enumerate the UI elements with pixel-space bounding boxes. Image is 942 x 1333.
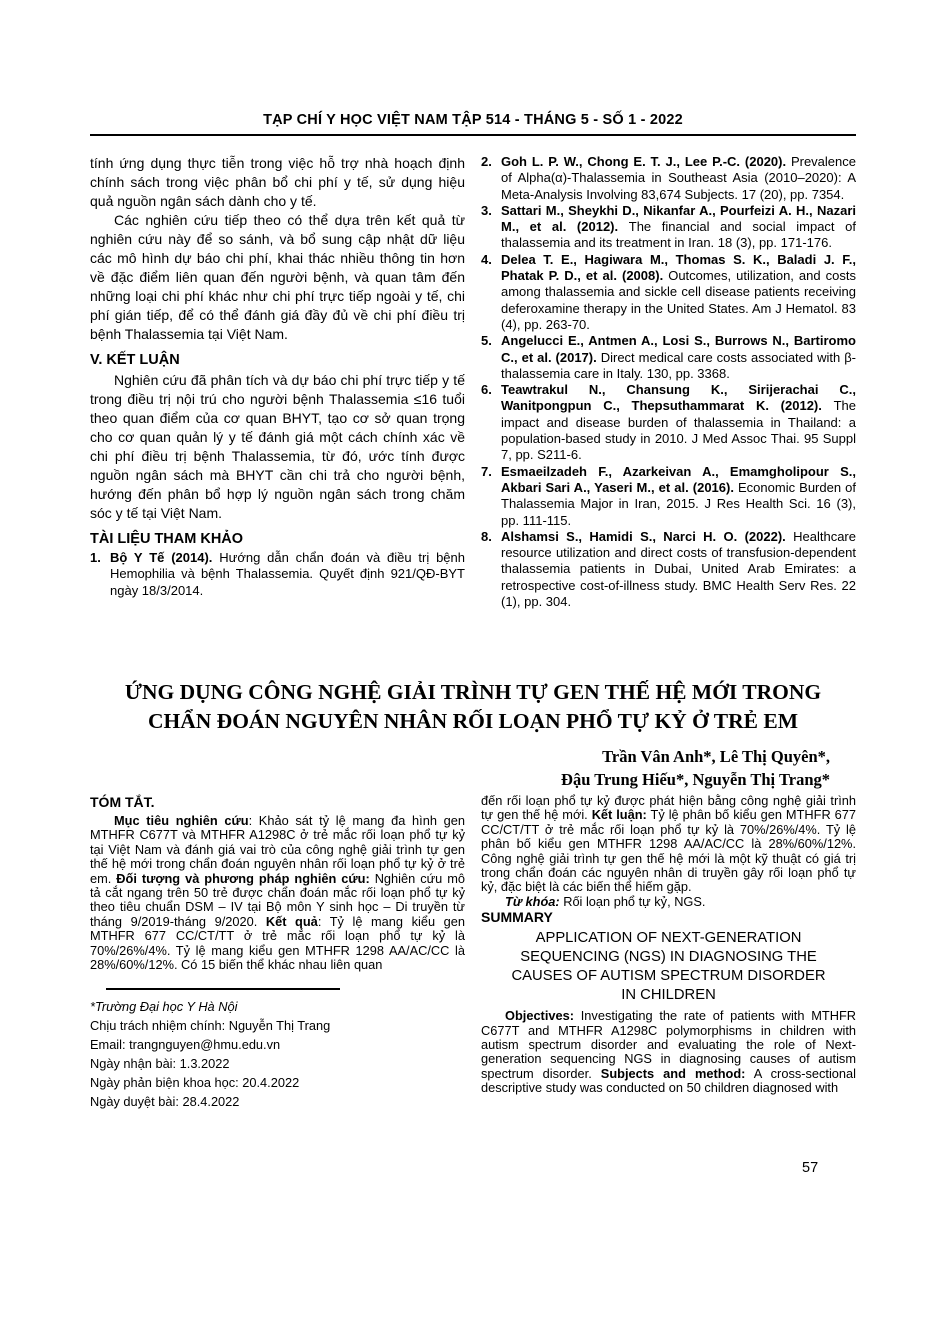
reference-number: 3. [481, 203, 492, 219]
footnote-line: Email: trangnguyen@hmu.edu.vn [90, 1035, 465, 1054]
summary-title-line: SEQUENCING (NGS) IN DIAGNOSING THE [481, 948, 856, 967]
footnote-line: Ngày nhận bài: 1.3.2022 [90, 1054, 465, 1073]
authors-line: Trần Vân Anh*, Lê Thị Quyên*, [90, 745, 830, 768]
article1-section: tính ứng dụng thực tiễn trong việc hỗ tr… [90, 154, 856, 682]
abstract-heading: TÓM TẮT. [90, 794, 465, 810]
reference-number: 7. [481, 464, 492, 480]
text-segment: Teawtrakul N., Chansung K., Sirijerachai… [501, 382, 856, 413]
text-segment: Goh L. P. W., Chong E. T. J., Lee P.-C. … [501, 154, 791, 169]
article1-right-column: 2.Goh L. P. W., Chong E. T. J., Lee P.-C… [481, 154, 856, 682]
article-title-line: CHẨN ĐOÁN NGUYÊN NHÂN RỐI LOẠN PHỔ TỰ KỶ… [90, 707, 856, 736]
reference-item: 2.Goh L. P. W., Chong E. T. J., Lee P.-C… [481, 154, 856, 203]
text-segment: Đối tượng và phương pháp nghiên cứu: [116, 871, 369, 886]
footnote-line: Ngày duyệt bài: 28.4.2022 [90, 1092, 465, 1111]
reference-list-right: 2.Goh L. P. W., Chong E. T. J., Lee P.-C… [481, 154, 856, 610]
abstract-vi-text-continued: đến rối loạn phổ tự kỷ được phát hiện bằ… [481, 794, 856, 895]
abstract-left-column: TÓM TẮT. Mục tiêu nghiên cứu: Khảo sát t… [90, 794, 465, 1156]
footnote-rule [106, 988, 340, 990]
article-title-line: ỨNG DỤNG CÔNG NGHỆ GIẢI TRÌNH TỰ GEN THẾ… [90, 678, 856, 707]
article1-paragraph: Các nghiên cứu tiếp theo có thể dựa trên… [90, 211, 465, 344]
footnote-line: Chịu trách nhiệm chính: Nguyễn Thị Trang [90, 1016, 465, 1035]
reference-item: 3.Sattari M., Sheykhi D., Nikanfar A., P… [481, 203, 856, 252]
summary-title-line: APPLICATION OF NEXT-GENERATION [481, 929, 856, 948]
summary-title-line: CAUSES OF AUTISM SPECTRUM DISORDER [481, 967, 856, 986]
reference-number: 8. [481, 529, 492, 545]
article2-abstract-section: TÓM TẮT. Mục tiêu nghiên cứu: Khảo sát t… [90, 794, 856, 1156]
summary-heading: SUMMARY [481, 909, 856, 925]
journal-running-head: TẠP CHÍ Y HỌC VIỆT NAM TẬP 514 - THÁNG 5… [90, 112, 856, 136]
affiliation: *Trường Đại học Y Hà Nội [90, 997, 465, 1016]
reference-item: 8.Alshamsi S., Hamidi S., Narci H. O. (2… [481, 529, 856, 610]
article-title: ỨNG DỤNG CÔNG NGHỆ GIẢI TRÌNH TỰ GEN THẾ… [90, 678, 856, 736]
authors-line: Đậu Trung Hiếu*, Nguyễn Thị Trang* [90, 768, 830, 791]
reference-number: 1. [90, 550, 101, 566]
references-heading: TÀI LIỆU THAM KHẢO [90, 531, 465, 547]
reference-item: 4.Delea T. E., Hagiwara M., Thomas S. K.… [481, 252, 856, 333]
journal-page: TẠP CHÍ Y HỌC VIỆT NAM TẬP 514 - THÁNG 5… [0, 0, 942, 1333]
text-segment: Bộ Y Tế (2014). [110, 550, 219, 565]
text-segment: Subjects and method: [601, 1066, 746, 1081]
summary-title: APPLICATION OF NEXT-GENERATION SEQUENCIN… [481, 929, 856, 1005]
page-number: 57 [802, 1160, 818, 1176]
text-segment: Rối loạn phổ tự kỷ, NGS. [560, 894, 706, 909]
reference-number: 2. [481, 154, 492, 170]
text-segment: Mục tiêu nghiên cứu [114, 813, 249, 828]
article2-title-block: ỨNG DỤNG CÔNG NGHỆ GIẢI TRÌNH TỰ GEN THẾ… [90, 678, 856, 791]
text-segment: Từ khóa: [505, 894, 560, 909]
abstract-vi-text: Mục tiêu nghiên cứu: Khảo sát tỷ lệ mang… [90, 814, 465, 972]
text-segment: Objectives: [505, 1008, 574, 1023]
reference-number: 4. [481, 252, 492, 268]
reference-number: 6. [481, 382, 492, 398]
text-segment: Alshamsi S., Hamidi S., Narci H. O. (202… [501, 529, 793, 544]
article1-paragraph: tính ứng dụng thực tiễn trong việc hỗ tr… [90, 154, 465, 211]
article-authors: Trần Vân Anh*, Lê Thị Quyên*, Đậu Trung … [90, 745, 856, 791]
reference-item: 7.Esmaeilzadeh F., Azarkeivan A., Emamgh… [481, 464, 856, 529]
conclusion-heading: V. KẾT LUẬN [90, 352, 465, 368]
reference-number: 5. [481, 333, 492, 349]
reference-item: 6.Teawtrakul N., Chansung K., Sirijerach… [481, 382, 856, 463]
abstract-right-column: đến rối loạn phổ tự kỷ được phát hiện bằ… [481, 794, 856, 1156]
footnote: *Trường Đại học Y Hà Nội Chịu trách nhiệ… [90, 988, 465, 1111]
reference-list-left: 1.Bộ Y Tế (2014). Hướng dẫn chẩn đoán và… [90, 550, 465, 599]
keywords-line: Từ khóa: Rối loạn phổ tự kỷ, NGS. [481, 895, 856, 909]
article1-left-column: tính ứng dụng thực tiễn trong việc hỗ tr… [90, 154, 465, 682]
conclusion-paragraph: Nghiên cứu đã phân tích và dự báo chi ph… [90, 371, 465, 523]
summary-title-line: IN CHILDREN [481, 986, 856, 1005]
reference-item: 5.Angelucci E., Antmen A., Losi S., Burr… [481, 333, 856, 382]
footnote-line: Ngày phản biện khoa học: 20.4.2022 [90, 1073, 465, 1092]
reference-item: 1.Bộ Y Tế (2014). Hướng dẫn chẩn đoán và… [90, 550, 465, 599]
text-segment: Kết luận: [592, 807, 647, 822]
abstract-en-text: Objectives: Investigating the rate of pa… [481, 1009, 856, 1095]
text-segment: Kết quả [266, 914, 318, 929]
